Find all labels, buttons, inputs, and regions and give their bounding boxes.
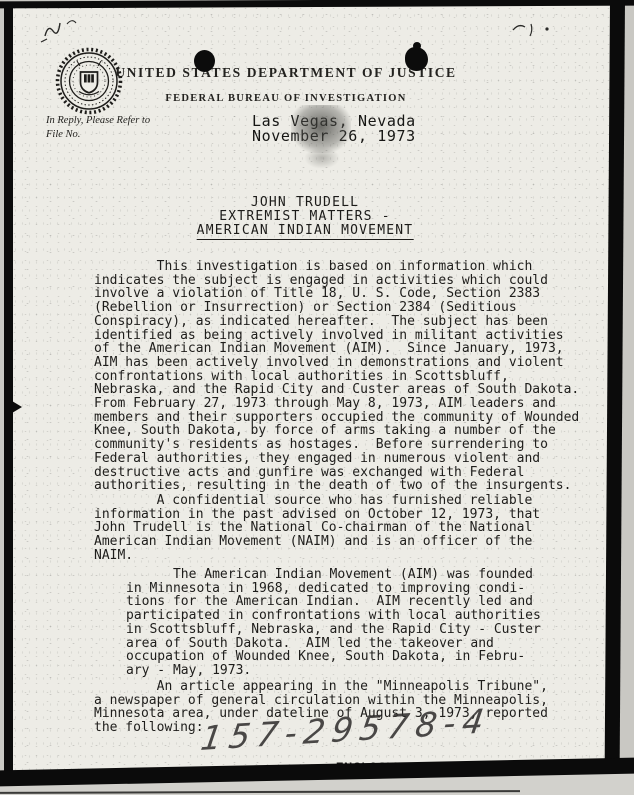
subject-name: JOHN TRUDELL xyxy=(197,196,414,210)
paragraph-investigation-basis: This investigation is based on informati… xyxy=(94,260,579,493)
reply-reference-line2: File No. xyxy=(46,128,150,142)
pen-scribble-top-left xyxy=(37,12,99,50)
paragraph-aim-background: The American Indian Movement (AIM) was f… xyxy=(126,568,541,678)
bureau-header: FEDERAL BUREAU OF INVESTIGATION xyxy=(165,93,406,104)
reply-reference-note: In Reply, Please Refer to File No. xyxy=(46,114,150,141)
scanned-document: UNITED STATES DEPARTMENT OF JUSTICE FEDE… xyxy=(0,0,634,795)
scan-edge-notch xyxy=(12,401,22,413)
scan-edge-left xyxy=(4,3,13,773)
hole-punch-right xyxy=(405,47,428,71)
place-and-date: Las Vegas, Nevada November 26, 1973 xyxy=(252,114,416,143)
date-line: November 26, 1973 xyxy=(252,129,416,144)
department-header: UNITED STATES DEPARTMENT OF JUSTICE xyxy=(115,65,456,81)
subject-classification: EXTREMIST MATTERS - xyxy=(197,210,414,224)
hole-punch-left xyxy=(194,50,215,72)
paragraph-confidential-source: A confidential source who has furnished … xyxy=(94,494,540,563)
reply-reference-line1: In Reply, Please Refer to xyxy=(46,114,150,128)
document-page: UNITED STATES DEPARTMENT OF JUSTICE FEDE… xyxy=(9,4,613,770)
subject-organization: AMERICAN INDIAN MOVEMENT xyxy=(197,224,414,240)
subject-title-block: JOHN TRUDELL EXTREMIST MATTERS - AMERICA… xyxy=(197,196,414,240)
ink-smudge-below-date xyxy=(304,147,340,169)
pen-scribble-top-right xyxy=(507,18,563,44)
fbi-seal-icon xyxy=(54,46,124,116)
